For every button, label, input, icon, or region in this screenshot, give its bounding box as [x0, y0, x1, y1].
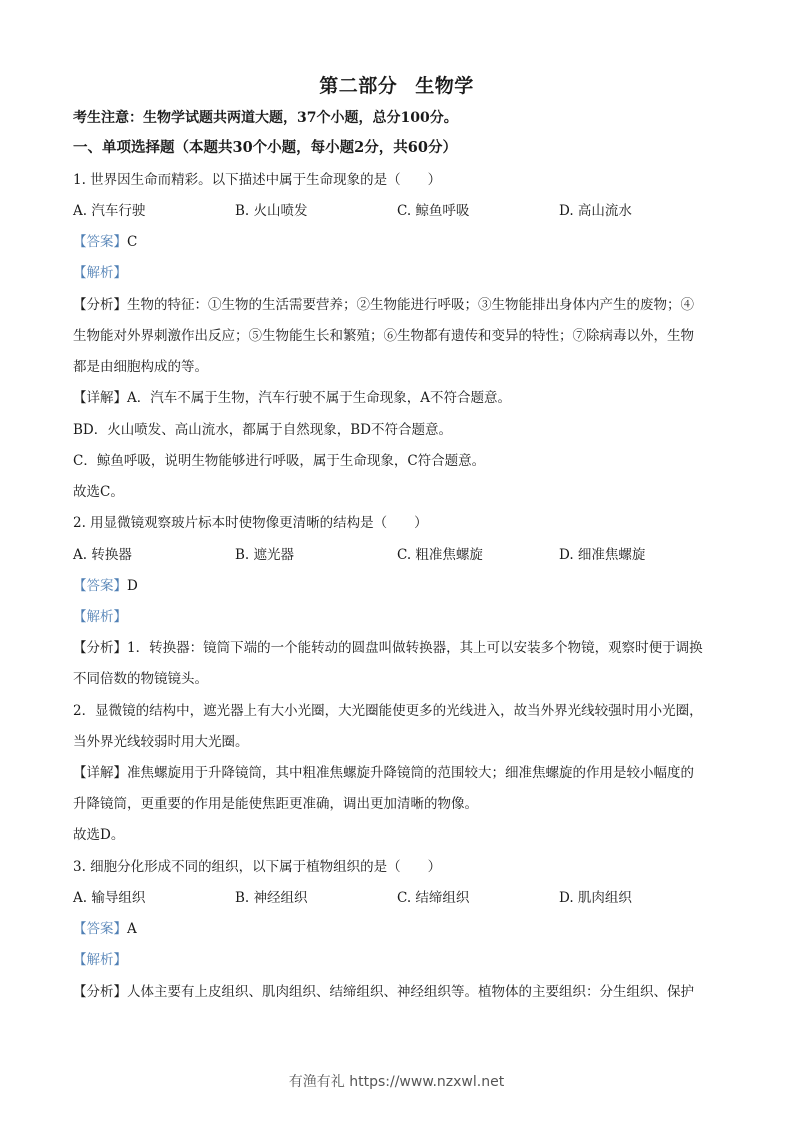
detail-line: BD．火山喷发、高山流水，都属于自然现象，BD不符合题意。	[73, 421, 723, 439]
analysis-text: 生物的特征：①生物的生活需要营养；②生物能进行呼吸；③生物能排出身体内产生的废物…	[127, 297, 694, 313]
section-heading: 一、单项选择题（本题共30个小题，每小题2分，共60分）	[73, 139, 723, 157]
analysis-line: 【分析】1．转换器：镜筒下端的一个能转动的圆盘叫做转换器，其上可以安装多个物镜，…	[73, 639, 723, 657]
analysis-line: 当外界光线较弱时用大光圈。	[73, 733, 723, 751]
answer-label: 【答案】	[73, 578, 127, 594]
analysis-line: 2．显微镜的结构中，遮光器上有大小光圈，大光圈能使更多的光线进入，故当外界光线较…	[73, 702, 723, 720]
option-b: B. 遮光器	[235, 546, 294, 564]
title-part: 第二部分	[319, 75, 397, 97]
answer-label: 【答案】	[73, 921, 127, 937]
exam-notice: 考生注意：生物学试题共两道大题，37个小题，总分100分。	[73, 109, 723, 127]
analysis-line: 不同倍数的物镜镜头。	[73, 670, 723, 688]
conclusion: 故选C。	[73, 483, 723, 501]
detail-text: 准焦螺旋用于升降镜筒，其中粗准焦螺旋升降镜筒的范围较大；细准焦螺旋的作用是较小幅…	[127, 765, 694, 781]
detail-label: 【详解】	[73, 390, 127, 406]
answer-value: A	[127, 921, 137, 937]
analysis-line: 【分析】生物的特征：①生物的生活需要营养；②生物能进行呼吸；③生物能排出身体内产…	[73, 296, 723, 314]
answer-line: 【答案】D	[73, 577, 723, 595]
question-2-stem: 2. 用显微镜观察玻片标本时使物像更清晰的结构是（ ）	[73, 514, 723, 532]
answer-label: 【答案】	[73, 234, 127, 250]
jiexi-label: 【解析】	[73, 608, 723, 626]
page-title: 第二部分生物学	[0, 71, 793, 98]
option-d: D. 高山流水	[559, 202, 632, 220]
answer-line: 【答案】C	[73, 233, 723, 251]
option-b: B. 神经组织	[235, 889, 308, 907]
option-d: D. 细准焦螺旋	[559, 546, 645, 564]
option-a: A. 输导组织	[73, 889, 145, 907]
detail-label: 【详解】	[73, 765, 127, 781]
option-c: C. 粗准焦螺旋	[397, 546, 483, 564]
detail-text: A．汽车不属于生物，汽车行驶不属于生命现象，A不符合题意。	[127, 390, 511, 406]
question-3-stem: 3. 细胞分化形成不同的组织，以下属于植物组织的是（ ）	[73, 858, 723, 876]
analysis-label: 【分析】	[73, 640, 127, 656]
footer-watermark: 有渔有礼 https://www.nzxwl.net	[0, 1071, 793, 1091]
analysis-line: 生物能对外界刺激作出反应；⑤生物能生长和繁殖；⑥生物都有遗传和变异的特性；⑦除病…	[73, 327, 723, 345]
analysis-text: 1．转换器：镜筒下端的一个能转动的圆盘叫做转换器，其上可以安装多个物镜，观察时便…	[127, 640, 703, 656]
jiexi-label: 【解析】	[73, 951, 723, 969]
option-b: B. 火山喷发	[235, 202, 308, 220]
title-subject: 生物学	[415, 75, 474, 97]
option-c: C. 鲸鱼呼吸	[397, 202, 469, 220]
exam-page: 第二部分生物学 考生注意：生物学试题共两道大题，37个小题，总分100分。 一、…	[0, 0, 793, 1122]
analysis-label: 【分析】	[73, 297, 127, 313]
option-a: A. 汽车行驶	[73, 202, 145, 220]
detail-line: 【详解】准焦螺旋用于升降镜筒，其中粗准焦螺旋升降镜筒的范围较大；细准焦螺旋的作用…	[73, 764, 723, 782]
option-c: C. 结缔组织	[397, 889, 469, 907]
question-1-stem: 1. 世界因生命而精彩。以下描述中属于生命现象的是（ ）	[73, 171, 723, 189]
detail-line: 升降镜筒，更重要的作用是能使焦距更准确，调出更加清晰的物像。	[73, 795, 723, 813]
conclusion: 故选D。	[73, 826, 723, 844]
option-d: D. 肌肉组织	[559, 889, 632, 907]
analysis-line: 都是由细胞构成的等。	[73, 358, 723, 376]
analysis-line: 【分析】人体主要有上皮组织、肌肉组织、结缔组织、神经组织等。植物体的主要组织：分…	[73, 983, 723, 1001]
detail-line: C．鲸鱼呼吸，说明生物能够进行呼吸，属于生命现象，C符合题意。	[73, 452, 723, 470]
analysis-text: 人体主要有上皮组织、肌肉组织、结缔组织、神经组织等。植物体的主要组织：分生组织、…	[127, 984, 694, 1000]
answer-value: D	[127, 578, 138, 594]
option-a: A. 转换器	[73, 546, 132, 564]
detail-line: 【详解】A．汽车不属于生物，汽车行驶不属于生命现象，A不符合题意。	[73, 389, 723, 407]
answer-value: C	[127, 234, 137, 250]
analysis-label: 【分析】	[73, 984, 127, 1000]
jiexi-label: 【解析】	[73, 264, 723, 282]
answer-line: 【答案】A	[73, 920, 723, 938]
